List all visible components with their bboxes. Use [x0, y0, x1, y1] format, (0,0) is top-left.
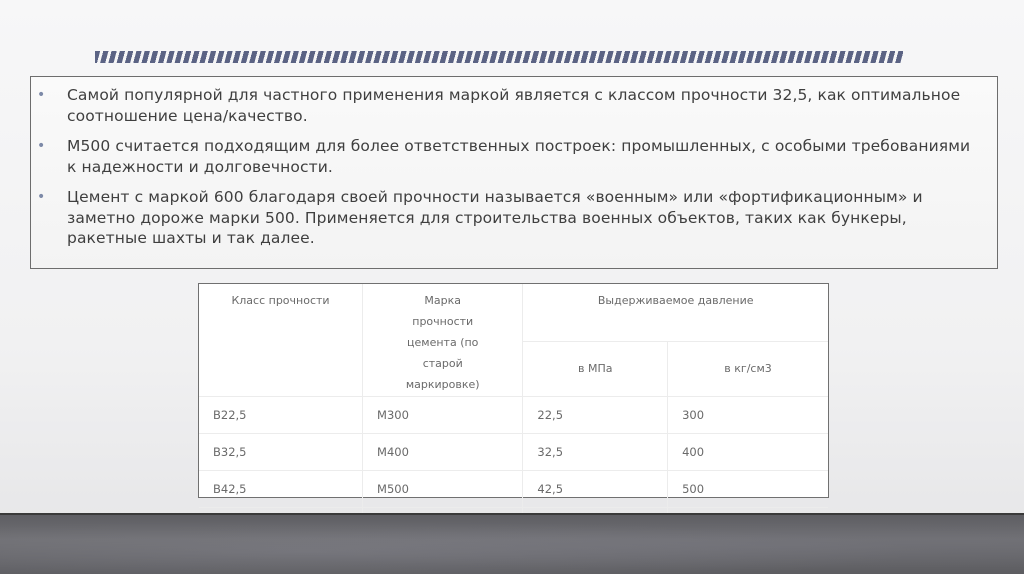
cell-class: B32,5: [199, 434, 363, 471]
header-grade: Марка прочности цемента (по старой марки…: [363, 284, 523, 397]
header-pressure: Выдерживаемое давление: [523, 284, 828, 341]
cell-class: B22,5: [199, 397, 363, 434]
bullet-text: Самой популярной для частного применения…: [67, 86, 960, 125]
table-row: B42,5M50042,5500: [199, 471, 828, 508]
cell-class: B42,5: [199, 471, 363, 508]
cell-mpa: 42,5: [523, 471, 668, 508]
header-kgcm: в кг/см3: [668, 341, 828, 396]
bullet-list: • Самой популярной для частного применен…: [55, 85, 977, 249]
bullet-text: Цемент с маркой 600 благодаря своей проч…: [67, 188, 923, 247]
cement-grade-table: Класс прочности Марка прочности цемента …: [199, 284, 828, 544]
bullet-item: • Цемент с маркой 600 благодаря своей пр…: [55, 187, 977, 249]
header-class: Класс прочности: [199, 284, 363, 397]
cell-kgcm: 300: [668, 397, 828, 434]
cell-grade: M500: [363, 471, 523, 508]
table-row: B22,5M30022,5300: [199, 397, 828, 434]
cell-grade: M400: [363, 434, 523, 471]
bullet-item: • М500 считается подходящим для более от…: [55, 136, 977, 177]
floor-background: [0, 513, 1024, 574]
decorative-stripe-bar: [95, 51, 903, 63]
table-header-row: Класс прочности Марка прочности цемента …: [199, 284, 828, 341]
header-mpa: в МПа: [523, 341, 668, 396]
bullet-text-box: • Самой популярной для частного применен…: [30, 76, 998, 269]
cell-mpa: 32,5: [523, 434, 668, 471]
cell-mpa: 22,5: [523, 397, 668, 434]
table-row: B32,5M40032,5400: [199, 434, 828, 471]
bullet-icon: •: [37, 187, 45, 208]
bullet-icon: •: [37, 85, 45, 106]
bullet-text: М500 считается подходящим для более отве…: [67, 137, 970, 176]
bullet-icon: •: [37, 136, 45, 157]
bullet-item: • Самой популярной для частного применен…: [55, 85, 977, 126]
cell-kgcm: 500: [668, 471, 828, 508]
cement-grade-table-frame: Класс прочности Марка прочности цемента …: [198, 283, 829, 498]
cell-grade: M300: [363, 397, 523, 434]
cell-kgcm: 400: [668, 434, 828, 471]
